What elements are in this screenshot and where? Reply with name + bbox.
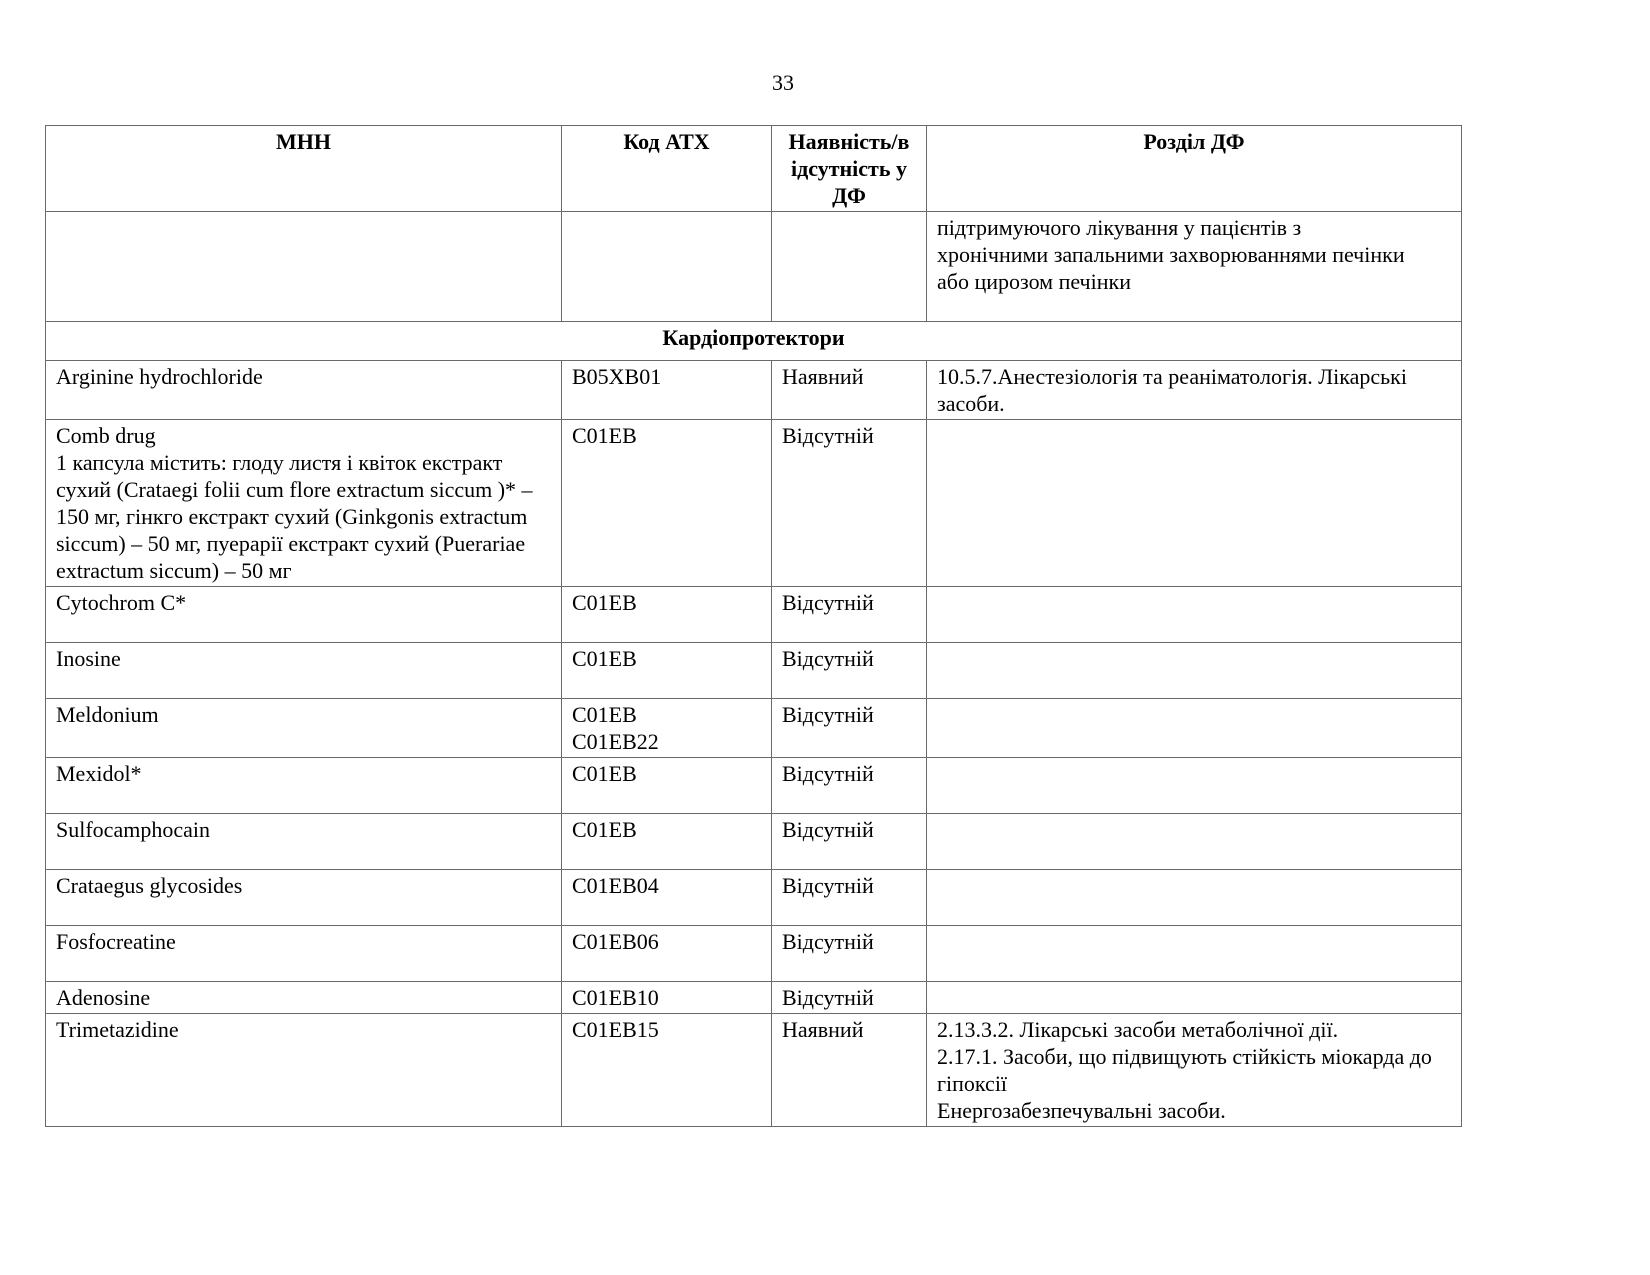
cell-atc: C01EB	[562, 420, 772, 587]
section-line: 2.13.3.2. Лікарські засоби метаболічної …	[937, 1016, 1451, 1043]
inn-name: Comb drug	[56, 422, 551, 449]
cell-section: 2.13.3.2. Лікарські засоби метаболічної …	[927, 1014, 1462, 1127]
table-row: Fosfocreatine C01EB06 Відсутній	[46, 926, 1462, 982]
header-presence-line: ідсутність у	[782, 155, 916, 182]
cell-atc: C01EB	[562, 587, 772, 643]
cell-section	[927, 643, 1462, 699]
formulary-table: МНН Код АТХ Наявність/в ідсутність у ДФ …	[45, 125, 1462, 1127]
cell-inn: Meldonium	[46, 699, 562, 758]
cell-atc: C01EB06	[562, 926, 772, 982]
cell-atc: C01EB04	[562, 870, 772, 926]
page-number: 33	[0, 70, 1566, 96]
table-row: Comb drug 1 капсула містить: глоду листя…	[46, 420, 1462, 587]
table-row: Sulfocamphocain C01EB Відсутній	[46, 814, 1462, 870]
table-row: Trimetazidine C01EB15 Наявний 2.13.3.2. …	[46, 1014, 1462, 1127]
cell-section	[927, 699, 1462, 758]
cell-presence: Відсутній	[772, 420, 927, 587]
cell-inn: Comb drug 1 капсула містить: глоду листя…	[46, 420, 562, 587]
section-line: хронічними запальними захворюваннями печ…	[937, 241, 1451, 268]
cell-section: 10.5.7.Анестезіологія та реаніматологія.…	[927, 361, 1462, 420]
table-row: Arginine hydrochloride B05XB01 Наявний 1…	[46, 361, 1462, 420]
table-row: Cytochrom C* C01EB Відсутній	[46, 587, 1462, 643]
cell-atc	[562, 212, 772, 322]
cell-presence: Наявний	[772, 1014, 927, 1127]
cell-atc: C01EB15	[562, 1014, 772, 1127]
section-line: 2.17.1. Засоби, що підвищують стійкість …	[937, 1043, 1451, 1097]
cell-presence: Відсутній	[772, 587, 927, 643]
cell-section	[927, 420, 1462, 587]
cell-inn: Mexidol*	[46, 758, 562, 814]
cell-inn: Crataegus glycosides	[46, 870, 562, 926]
section-line: або цирозом печінки	[937, 268, 1451, 295]
group-title-row: Кардіопротектори	[46, 322, 1462, 361]
header-section: Розділ ДФ	[927, 126, 1462, 212]
cell-inn: Arginine hydrochloride	[46, 361, 562, 420]
cell-atc: C01EB10	[562, 982, 772, 1014]
cell-atc: C01EB	[562, 814, 772, 870]
cell-inn: Cytochrom C*	[46, 587, 562, 643]
cell-inn: Sulfocamphocain	[46, 814, 562, 870]
cell-inn: Fosfocreatine	[46, 926, 562, 982]
cell-presence: Відсутній	[772, 870, 927, 926]
section-line: Енергозабезпечувальні засоби.	[937, 1097, 1451, 1124]
cell-presence: Відсутній	[772, 814, 927, 870]
table-row-continuation: підтримуючого лікування у пацієнтів з хр…	[46, 212, 1462, 322]
cell-inn: Inosine	[46, 643, 562, 699]
header-presence-line: Наявність/в	[782, 128, 916, 155]
cell-inn	[46, 212, 562, 322]
table-row: Adenosine C01EB10 Відсутній	[46, 982, 1462, 1014]
cell-section	[927, 587, 1462, 643]
inn-composition: 1 капсула містить: глоду листя і квіток …	[56, 449, 551, 584]
table-row: Inosine C01EB Відсутній	[46, 643, 1462, 699]
cell-presence: Відсутній	[772, 982, 927, 1014]
cell-presence: Відсутній	[772, 643, 927, 699]
table-row: Crataegus glycosides C01EB04 Відсутній	[46, 870, 1462, 926]
cell-inn: Trimetazidine	[46, 1014, 562, 1127]
cell-section	[927, 870, 1462, 926]
cell-section: підтримуючого лікування у пацієнтів з хр…	[927, 212, 1462, 322]
cell-atc: C01EB C01EB22	[562, 699, 772, 758]
group-title: Кардіопротектори	[46, 322, 1462, 361]
cell-presence: Відсутній	[772, 758, 927, 814]
header-presence-line: ДФ	[782, 182, 916, 209]
atc-code-extra: C01EB22	[572, 728, 761, 755]
cell-atc: C01EB	[562, 643, 772, 699]
cell-presence: Наявний	[772, 361, 927, 420]
table-row: Mexidol* C01EB Відсутній	[46, 758, 1462, 814]
atc-code: C01EB	[572, 701, 761, 728]
cell-inn: Adenosine	[46, 982, 562, 1014]
header-inn: МНН	[46, 126, 562, 212]
cell-section	[927, 814, 1462, 870]
cell-presence	[772, 212, 927, 322]
table-row: Meldonium C01EB C01EB22 Відсутній	[46, 699, 1462, 758]
cell-presence: Відсутній	[772, 699, 927, 758]
cell-section	[927, 758, 1462, 814]
cell-presence: Відсутній	[772, 926, 927, 982]
section-line: підтримуючого лікування у пацієнтів з	[937, 214, 1451, 241]
cell-section	[927, 982, 1462, 1014]
table-header-row: МНН Код АТХ Наявність/в ідсутність у ДФ …	[46, 126, 1462, 212]
cell-atc: B05XB01	[562, 361, 772, 420]
header-presence: Наявність/в ідсутність у ДФ	[772, 126, 927, 212]
cell-atc: C01EB	[562, 758, 772, 814]
cell-section	[927, 926, 1462, 982]
header-atc-code: Код АТХ	[562, 126, 772, 212]
